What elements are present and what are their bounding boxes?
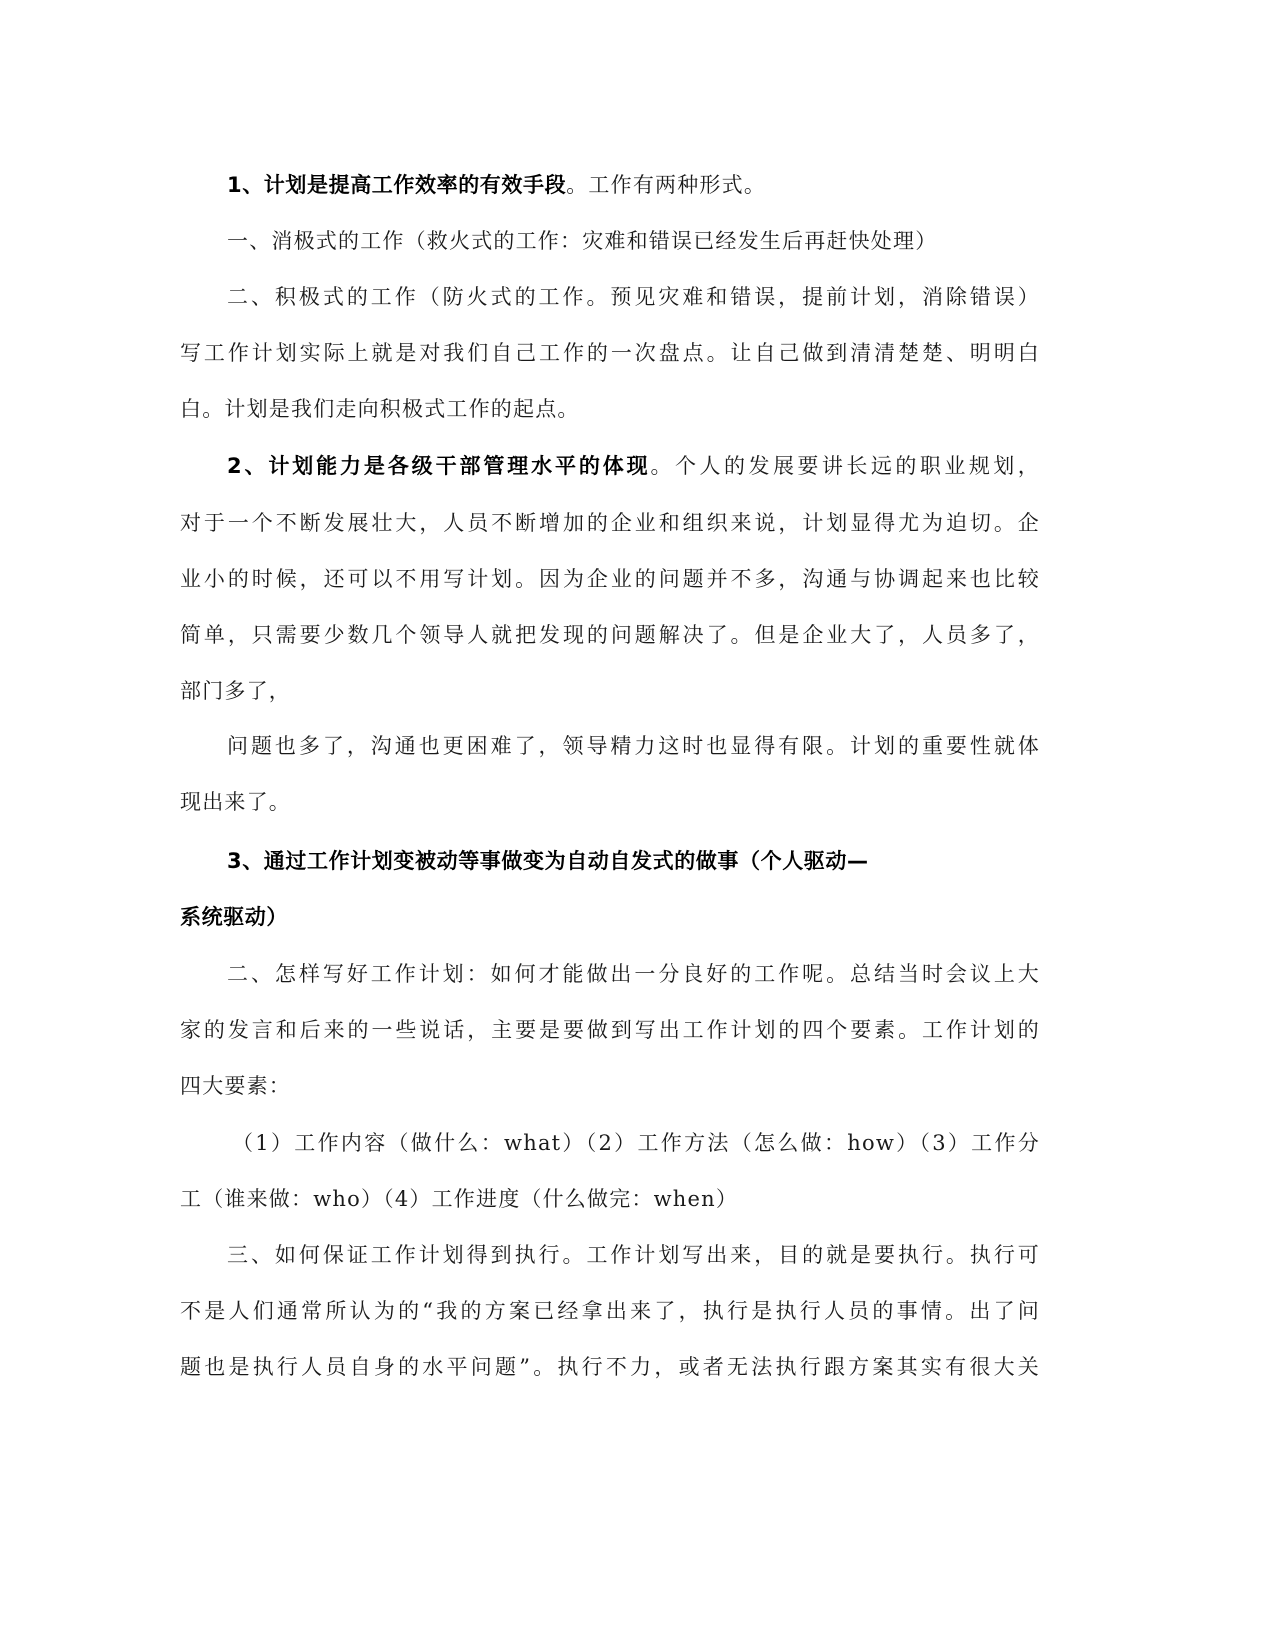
text-line: 白。计划是我们走向积极式工作的起点。 xyxy=(180,394,1040,424)
text-line: 写工作计划实际上就是对我们自己工作的一次盘点。让自己做到清清楚楚、明明白 xyxy=(180,338,1040,368)
text-line: 家的发言和后来的一些说话，主要是要做到写出工作计划的四个要素。工作计划的 xyxy=(180,1015,1040,1045)
paragraph-2-heading: 2、计划能力是各级干部管理水平的体现。个人的发展要讲长远的职业规划， xyxy=(227,451,1040,481)
heading-continuation: 。工作有两种形式。 xyxy=(566,173,766,197)
text-line: 题也是执行人员自身的水平问题”。执行不力，或者无法执行跟方案其实有很大关 xyxy=(180,1352,1040,1382)
heading-continuation: 。个人的发展要讲长远的职业规划， xyxy=(651,454,1040,478)
paragraph-3-heading: 3、通过工作计划变被动等事做变为自动自发式的做事（个人驱动— xyxy=(227,846,1040,876)
text-line: 一、消极式的工作（救火式的工作：灾难和错误已经发生后再赶快处理） xyxy=(227,226,1040,256)
bold-heading: 系统驱动） xyxy=(180,905,288,929)
text-line: 工（谁来做：who）（4）工作进度（什么做完：when） xyxy=(180,1184,1040,1214)
text-line: 不是人们通常所认为的“我的方案已经拿出来了，执行是执行人员的事情。出了问 xyxy=(180,1296,1040,1326)
text-line: 问题也多了，沟通也更困难了，领导精力这时也显得有限。计划的重要性就体 xyxy=(227,731,1040,761)
text-line: 对于一个不断发展壮大，人员不断增加的企业和组织来说，计划显得尤为迫切。企 xyxy=(180,508,1040,538)
paragraph-1-heading: 1、计划是提高工作效率的有效手段。工作有两种形式。 xyxy=(227,170,1040,200)
text-line: 三、如何保证工作计划得到执行。工作计划写出来，目的就是要执行。执行可 xyxy=(227,1240,1040,1270)
text-line: 简单，只需要少数几个领导人就把发现的问题解决了。但是企业大了，人员多了， xyxy=(180,620,1040,650)
bold-heading: 2、计划能力是各级干部管理水平的体现 xyxy=(227,454,651,478)
text-line: 业小的时候，还可以不用写计划。因为企业的问题并不多，沟通与协调起来也比较 xyxy=(180,564,1040,594)
text-line: 二、积极式的工作（防火式的工作。预见灾难和错误，提前计划，消除错误） xyxy=(227,282,1040,312)
text-line: 现出来了。 xyxy=(180,787,1040,817)
bold-heading: 3、通过工作计划变被动等事做变为自动自发式的做事（个人驱动— xyxy=(227,849,869,873)
text-line: 部门多了， xyxy=(180,676,1040,706)
text-line: 二、怎样写好工作计划：如何才能做出一分良好的工作呢。总结当时会议上大 xyxy=(227,959,1040,989)
text-line: （1）工作内容（做什么：what）（2）工作方法（怎么做：how）（3）工作分 xyxy=(232,1128,1040,1158)
text-line: 四大要素： xyxy=(180,1071,1040,1101)
document-page: 1、计划是提高工作效率的有效手段。工作有两种形式。 一、消极式的工作（救火式的工… xyxy=(0,0,1275,1650)
paragraph-3-heading-cont: 系统驱动） xyxy=(180,902,1040,932)
bold-heading: 1、计划是提高工作效率的有效手段 xyxy=(227,173,566,197)
